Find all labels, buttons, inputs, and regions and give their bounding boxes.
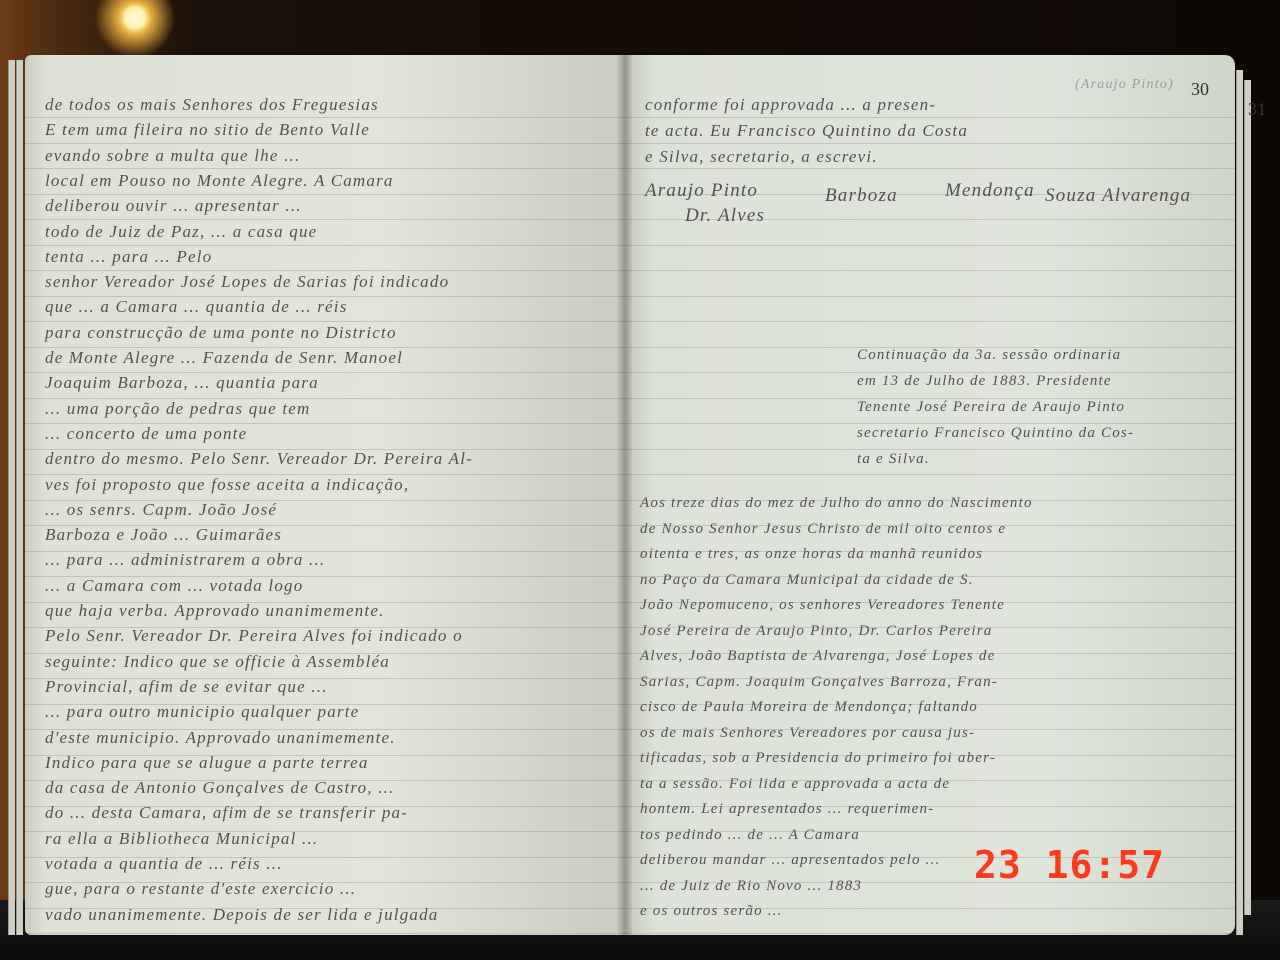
handwritten-line: Alves, João Baptista de Alvarenga, José … [640, 648, 995, 665]
ruled-line [625, 321, 1235, 322]
handwritten-line: de Nosso Senhor Jesus Christo de mil oit… [640, 521, 1006, 538]
ruled-line [625, 117, 1235, 118]
page-number: 30 [1191, 79, 1209, 100]
ruled-line [25, 219, 625, 220]
signature: Dr. Alves [685, 205, 765, 227]
ruled-line [625, 143, 1235, 144]
handwritten-line: João Nepomuceno, os senhores Vereadores … [640, 597, 1005, 614]
handwritten-line: ... os senrs. Capm. João José [45, 500, 277, 520]
handwritten-line: vado unanimemente. Depois de ser lida e … [45, 905, 439, 925]
session-heading-line: secretario Francisco Quintino da Cos- [857, 425, 1134, 442]
next-page-number: 31 [1248, 99, 1266, 120]
handwritten-line: e Silva, secretario, a escrevi. [645, 147, 878, 167]
handwritten-line: te acta. Eu Francisco Quintino da Costa [645, 121, 968, 141]
session-heading-line: Tenente José Pereira de Araujo Pinto [857, 399, 1125, 416]
ruled-line [25, 296, 625, 297]
signature: Araujo Pinto [645, 180, 758, 202]
corner-note: (Araujo Pinto) [1075, 77, 1174, 93]
ruled-line [25, 194, 625, 195]
ruled-line [625, 296, 1235, 297]
handwritten-line: E tem uma fileira no sitio de Bento Vall… [45, 120, 370, 140]
signature: Barboza [825, 185, 898, 207]
handwritten-line: evando sobre a multa que lhe ... [45, 146, 300, 166]
ruled-line [625, 168, 1235, 169]
handwritten-line: tificadas, sob a Presidencia do primeiro… [640, 750, 996, 767]
handwritten-line: ... a Camara com ... votada logo [45, 576, 303, 596]
handwritten-line: José Pereira de Araujo Pinto, Dr. Carlos… [640, 623, 992, 640]
page-edges-right [1236, 70, 1243, 935]
handwritten-line: conforme foi approvada ... a presen- [645, 95, 936, 115]
page-edges-left-2 [16, 60, 23, 935]
ruled-line [25, 168, 625, 169]
ruled-line [25, 117, 625, 118]
handwritten-line: Provincial, afim de se evitar que ... [45, 677, 328, 697]
handwritten-line: da casa de Antonio Gonçalves de Castro, … [45, 778, 395, 798]
handwritten-line: e os outros serão ... [640, 903, 783, 920]
handwritten-line: os de mais Senhores Vereadores por causa… [640, 725, 975, 742]
handwritten-line: Pelo Senr. Vereador Dr. Pereira Alves fo… [45, 626, 463, 646]
right-page: (Araujo Pinto) 30 conforme foi approvada… [625, 55, 1235, 935]
handwritten-line: para construcção de uma ponte no Distric… [45, 323, 397, 343]
handwritten-line: ... para ... administrarem a obra ... [45, 550, 325, 570]
handwritten-line: deliberou mandar ... apresentados pelo .… [640, 852, 941, 869]
book-gutter [618, 55, 632, 935]
handwritten-line: que haja verba. Approvado unanimemente. [45, 601, 385, 621]
handwritten-line: dentro do mesmo. Pelo Senr. Vereador Dr.… [45, 449, 473, 469]
ruled-line [25, 933, 625, 934]
handwritten-line: Joaquim Barboza, ... quantia para [45, 373, 319, 393]
signature: Mendonça [945, 180, 1035, 202]
handwritten-line: ... para outro municipio qualquer parte [45, 702, 359, 722]
ruled-line [625, 449, 1235, 450]
handwritten-line: ... uma porção de pedras que tem [45, 399, 311, 419]
handwritten-line: gue, para o restante d'este exercicio ..… [45, 879, 356, 899]
handwritten-line: no Paço da Camara Municipal da cidade de… [640, 572, 974, 589]
handwritten-line: Aos treze dias do mez de Julho do anno d… [640, 495, 1033, 512]
handwritten-line: ... de Juiz de Rio Novo ... 1883 [640, 878, 862, 895]
handwritten-line: seguinte: Indico que se officie à Assemb… [45, 652, 390, 672]
handwritten-line: de todos os mais Senhores dos Freguesias [45, 95, 379, 115]
handwritten-line: d'este municipio. Approvado unanimemente… [45, 728, 396, 748]
handwritten-line: Barboza e João ... Guimarães [45, 525, 282, 545]
ruled-line [25, 245, 625, 246]
handwritten-line: deliberou ouvir ... apresentar ... [45, 196, 302, 216]
camera-timestamp: 23 16:57 [974, 843, 1165, 887]
ruled-line [625, 245, 1235, 246]
signature: Souza Alvarenga [1045, 185, 1191, 207]
handwritten-line: tenta ... para ... Pelo [45, 247, 212, 267]
ruled-line [25, 270, 625, 271]
handwritten-line: Sarias, Capm. Joaquim Gonçalves Barroza,… [640, 674, 998, 691]
ruled-line [625, 270, 1235, 271]
handwritten-line: tos pedindo ... de ... A Camara [640, 827, 860, 844]
handwritten-line: ves foi proposto que fosse aceita a indi… [45, 475, 409, 495]
page-edges-right-2 [1244, 80, 1251, 915]
handwritten-line: local em Pouso no Monte Alegre. A Camara [45, 171, 394, 191]
timestamp-day: 23 [974, 843, 1022, 887]
handwritten-line: hontem. Lei apresentados ... requerimen- [640, 801, 934, 818]
handwritten-line: ... concerto de uma ponte [45, 424, 247, 444]
handwritten-line: votada a quantia de ... réis ... [45, 854, 283, 874]
handwritten-line: todo de Juiz de Paz, ... a casa que [45, 222, 317, 242]
handwritten-line: oitenta e tres, as onze horas da manhã r… [640, 546, 983, 563]
timestamp-time: 16:57 [1046, 843, 1165, 887]
left-page: de todos os mais Senhores dos Freguesias… [25, 55, 625, 935]
handwritten-line: ta a sessão. Foi lida e approvada a acta… [640, 776, 950, 793]
handwritten-line: cisco de Paula Moreira de Mendonça; falt… [640, 699, 978, 716]
ruled-line [625, 423, 1235, 424]
handwritten-line: do ... desta Camara, afim de se transfer… [45, 803, 408, 823]
handwritten-line: Indico para que se alugue a parte terrea [45, 753, 369, 773]
session-heading-line: em 13 de Julho de 1883. Presidente [857, 373, 1112, 390]
ruled-line [625, 933, 1235, 934]
session-heading-line: ta e Silva. [857, 451, 930, 468]
handwritten-line: de Monte Alegre ... Fazenda de Senr. Man… [45, 348, 403, 368]
session-heading-line: Continuação da 3a. sessão ordinaria [857, 347, 1121, 364]
handwritten-line: senhor Vereador José Lopes de Sarias foi… [45, 272, 449, 292]
handwritten-line: ra ella a Bibliotheca Municipal ... [45, 829, 318, 849]
page-edges-left [8, 60, 15, 935]
ruled-line [25, 143, 625, 144]
ruled-line [625, 474, 1235, 475]
handwritten-line: que ... a Camara ... quantia de ... réis [45, 297, 348, 317]
